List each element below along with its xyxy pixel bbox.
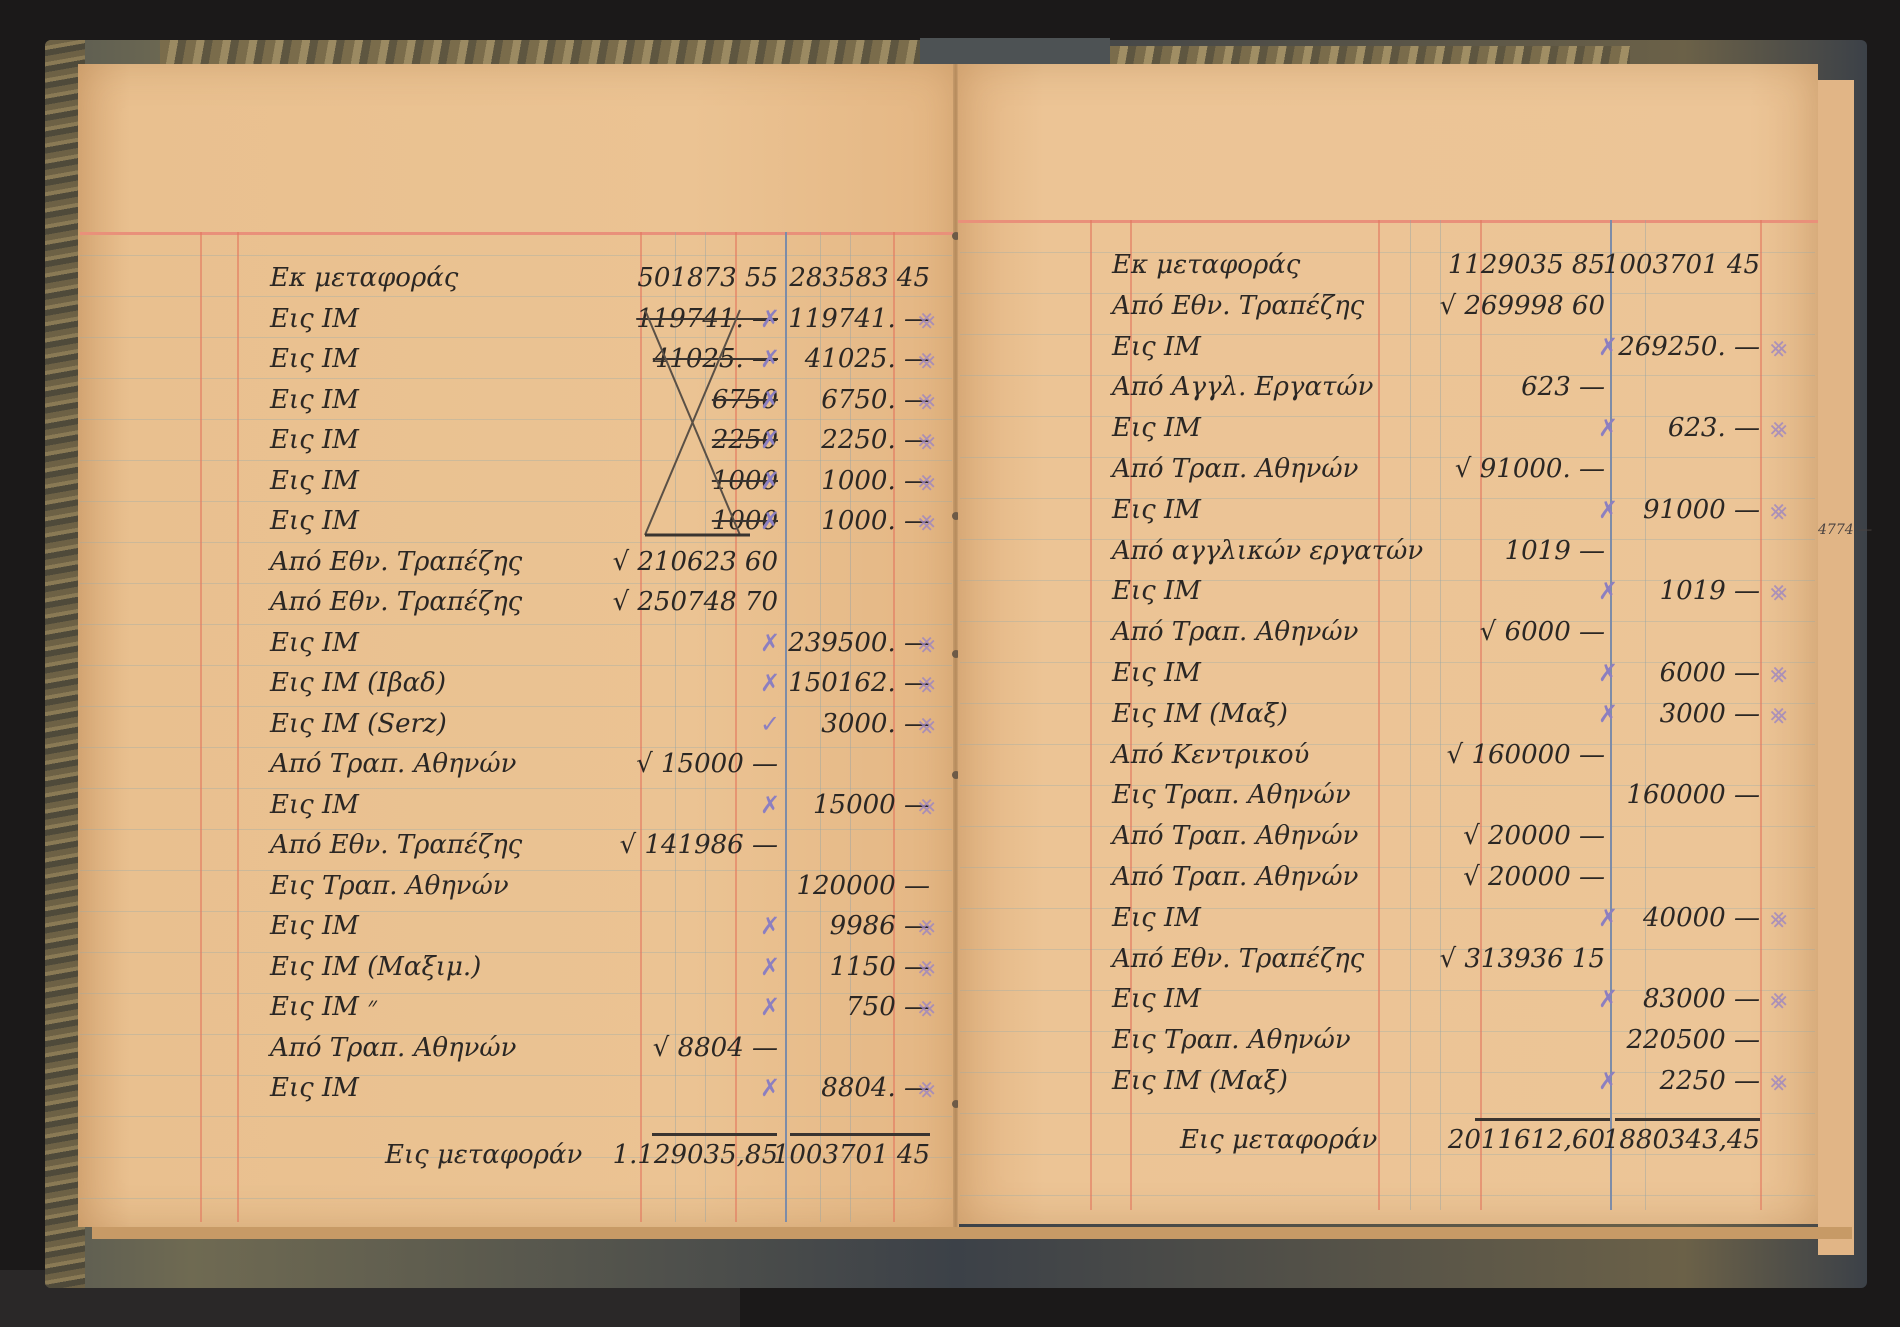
- right-debit-sum-line: [1475, 1118, 1610, 1121]
- debit-amount: √ 160000 —: [1447, 735, 1605, 775]
- credit-amount: 160000 —: [1626, 775, 1760, 815]
- audit-initial-mark-icon: ⨳: [1770, 653, 1787, 693]
- credit-amount: 220500 —: [1626, 1020, 1760, 1060]
- ledger-row: Εις ΙΜ83000 —✗⨳: [0, 979, 1900, 1019]
- cross-check-icon: ✗: [1598, 408, 1618, 448]
- ledger-row: Από Εθν. Τραπέζης√ 313936 15: [0, 939, 1900, 979]
- entry-description: Εις ΙΜ (Μαξ): [1112, 694, 1288, 734]
- entry-description: Εις ΙΜ (Μαξ): [1112, 1061, 1288, 1101]
- ledger-row: Εις Τραπ. Αθηνών220500 —: [0, 1020, 1900, 1060]
- credit-amount: 91000 —: [1643, 490, 1760, 530]
- debit-amount: √ 6000 —: [1480, 612, 1605, 652]
- credit-amount: 2250 —: [1660, 1061, 1760, 1101]
- entry-description: Εις μεταφοράν: [1180, 1120, 1377, 1160]
- entry-description: Εις ΙΜ: [1112, 408, 1201, 448]
- ledger-row: Εις ΙΜ6000 —✗⨳: [0, 653, 1900, 693]
- audit-initial-mark-icon: ⨳: [1770, 490, 1787, 530]
- audit-initial-mark-icon: ⨳: [1770, 898, 1787, 938]
- entry-description: Εις ΙΜ: [1112, 327, 1201, 367]
- audit-initial-mark-icon: ⨳: [1770, 571, 1787, 611]
- entry-description: Εις ΙΜ: [1112, 490, 1201, 530]
- debit-amount: √ 91000. —: [1455, 449, 1605, 489]
- entry-description: Από Εθν. Τραπέζης: [1112, 939, 1364, 979]
- ledger-row: Εις ΙΜ (Μαξ)2250 —✗⨳: [0, 1061, 1900, 1101]
- ledger-row: Από Κεντρικού√ 160000 —: [0, 735, 1900, 775]
- entry-description: Εις ΙΜ: [1112, 653, 1201, 693]
- entry-description: Από Κεντρικού: [1112, 735, 1309, 775]
- right-header-rule: [958, 220, 1818, 223]
- credit-amount: 269250. —: [1618, 327, 1760, 367]
- ledger-row: Εις ΙΜ (Μαξ)3000 —✗⨳: [0, 694, 1900, 734]
- ledger-row: Εις ΙΜ269250. —✗⨳: [0, 327, 1900, 367]
- ledger-row: Από αγγλικών εργατών1019 —: [0, 531, 1900, 571]
- entry-description: Εις Τραπ. Αθηνών: [1112, 775, 1351, 815]
- entry-description: Εκ μεταφοράς: [1112, 245, 1300, 285]
- audit-initial-mark-icon: ⨳: [1770, 694, 1787, 734]
- debit-amount: √ 313936 15: [1440, 939, 1605, 979]
- ledger-row: Από Τραπ. Αθηνών√ 91000. —: [0, 449, 1900, 489]
- debit-amount: √ 20000 —: [1463, 816, 1605, 856]
- credit-amount: 3000 —: [1660, 694, 1760, 734]
- audit-initial-mark-icon: ⨳: [1770, 979, 1787, 1019]
- ledger-row: Από Τραπ. Αθηνών√ 6000 —: [0, 612, 1900, 652]
- debit-amount: 1129035 85: [1448, 245, 1605, 285]
- entry-description: Εις ΙΜ: [1112, 898, 1201, 938]
- ledger-row: Εκ μεταφοράς1129035 851003701 45: [0, 245, 1900, 285]
- debit-amount: 623 —: [1521, 367, 1605, 407]
- ledger-total-row: Εις μεταφοράν2011612,601880343,45: [0, 1120, 1900, 1160]
- entry-description: Εις Τραπ. Αθηνών: [1112, 1020, 1351, 1060]
- left-header-rule: [80, 232, 953, 235]
- cross-check-icon: ✗: [1598, 653, 1618, 693]
- entry-description: Από αγγλικών εργατών: [1112, 531, 1423, 571]
- debit-amount: 2011612,60: [1448, 1120, 1605, 1160]
- credit-amount: 623. —: [1668, 408, 1760, 448]
- credit-amount: 1003701 45: [1603, 245, 1760, 285]
- ledger-row: Από Τραπ. Αθηνών√ 20000 —: [0, 816, 1900, 856]
- cross-check-icon: ✗: [1598, 571, 1618, 611]
- entry-description: Εις ΙΜ: [1112, 979, 1201, 1019]
- ledger-row: Εις ΙΜ40000 —✗⨳: [0, 898, 1900, 938]
- credit-amount: 6000 —: [1660, 653, 1760, 693]
- ledger-row: Από Εθν. Τραπέζης√ 269998 60: [0, 286, 1900, 326]
- ledger-row: Από Αγγλ. Εργατών623 —: [0, 367, 1900, 407]
- entry-description: Από Εθν. Τραπέζης: [1112, 286, 1364, 326]
- entry-description: Από Τραπ. Αθηνών: [1112, 816, 1358, 856]
- entry-description: Από Τραπ. Αθηνών: [1112, 857, 1358, 897]
- cross-check-icon: ✗: [1598, 1061, 1618, 1101]
- audit-initial-mark-icon: ⨳: [1770, 408, 1787, 448]
- margin-note: 4774 —: [1818, 522, 1872, 538]
- ledger-row: Εις ΙΜ623. —✗⨳: [0, 408, 1900, 448]
- cross-check-icon: ✗: [1598, 694, 1618, 734]
- ledger-row: Από Τραπ. Αθηνών√ 20000 —: [0, 857, 1900, 897]
- audit-initial-mark-icon: ⨳: [1770, 1061, 1787, 1101]
- audit-initial-mark-icon: ⨳: [1770, 327, 1787, 367]
- credit-amount: 1019 —: [1660, 571, 1760, 611]
- credit-amount: 40000 —: [1643, 898, 1760, 938]
- cross-check-icon: ✗: [1598, 327, 1618, 367]
- ledger-row: Εις ΙΜ1019 —✗⨳: [0, 571, 1900, 611]
- debit-amount: 1019 —: [1505, 531, 1605, 571]
- entry-description: Από Τραπ. Αθηνών: [1112, 449, 1358, 489]
- ledger-row: Εις ΙΜ91000 —✗⨳: [0, 490, 1900, 530]
- cross-check-icon: ✗: [1598, 979, 1618, 1019]
- debit-amount: √ 20000 —: [1463, 857, 1605, 897]
- entry-description: Από Τραπ. Αθηνών: [1112, 612, 1358, 652]
- debit-amount: √ 269998 60: [1440, 286, 1605, 326]
- credit-amount: 83000 —: [1643, 979, 1760, 1019]
- entry-description: Εις ΙΜ: [1112, 571, 1201, 611]
- ledger-row: Εις Τραπ. Αθηνών160000 —: [0, 775, 1900, 815]
- entry-description: Από Αγγλ. Εργατών: [1112, 367, 1373, 407]
- page-stack-edge: [92, 1227, 1852, 1239]
- right-credit-sum-line: [1615, 1118, 1760, 1121]
- cross-check-icon: ✗: [1598, 898, 1618, 938]
- cross-check-icon: ✗: [1598, 490, 1618, 530]
- credit-amount: 1880343,45: [1603, 1120, 1760, 1160]
